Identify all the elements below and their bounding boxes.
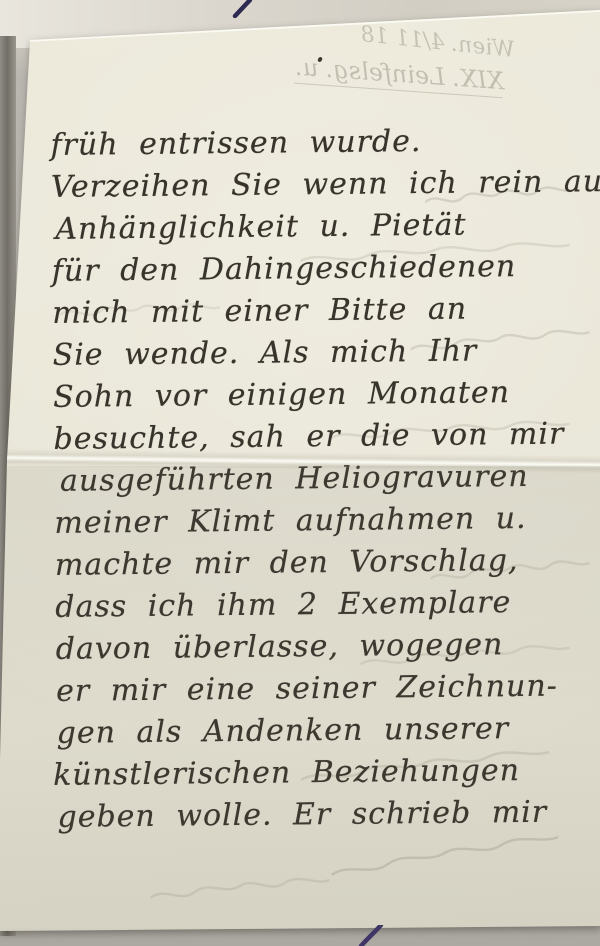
- handwriting-line: früh entrissen wurde.: [50, 119, 595, 167]
- purple-pen-stroke-top: [228, 0, 254, 18]
- letter-sheet-wrapper: Wien. 4/11 18 XIX. Leinfelsg. u.: [0, 0, 600, 946]
- handwriting-line: Sohn vor einigen Monaten: [53, 371, 598, 419]
- handwriting-line: Anhänglichkeit u. Pietät: [55, 203, 596, 251]
- paper-top-edge: [26, 8, 600, 42]
- handwriting-line: für den Dahingeschiedenen: [52, 245, 597, 293]
- bleed-through-date: Wien. 4/11 18: [359, 22, 516, 63]
- bleed-through-address: XIX. Leinfelsg. u.: [294, 53, 505, 99]
- handwriting-line: Sie wende. Als mich Ihr: [52, 329, 597, 377]
- letter-sheet: Wien. 4/11 18 XIX. Leinfelsg. u.: [0, 0, 600, 946]
- paper-lower-half-shading: [0, 466, 600, 946]
- purple-pen-stroke-bottom: [356, 925, 386, 946]
- letter-photograph: Wien. 4/11 18 XIX. Leinfelsg. u.: [0, 0, 600, 946]
- handwriting-line: mich mit einer Bitte an: [52, 287, 597, 335]
- handwriting-line: Verzeihen Sie wenn ich rein aus: [51, 161, 596, 209]
